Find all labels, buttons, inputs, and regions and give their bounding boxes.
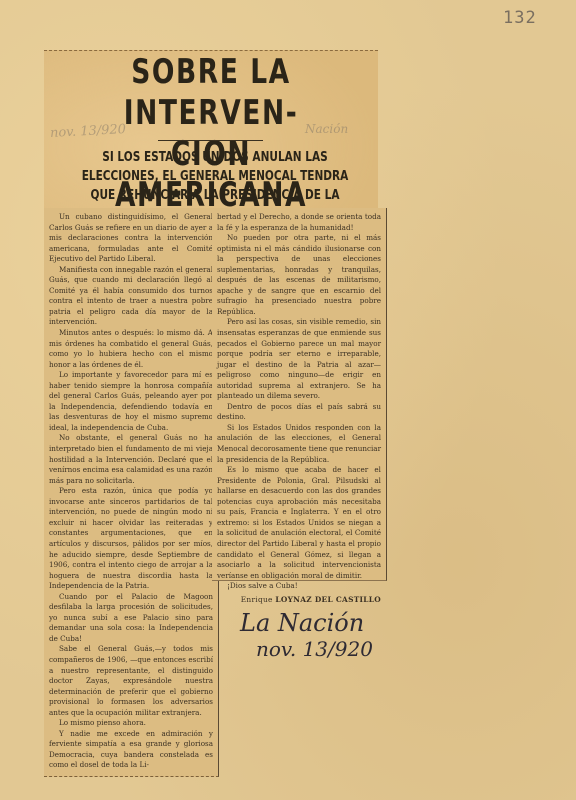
article-column-left: Un cubano distinguidísimo, el General Ca… (44, 208, 219, 777)
paragraph: Manifiesta con innegable razón el genera… (49, 265, 213, 328)
paragraph: Lo importante y favorecedor para mí es h… (49, 370, 213, 433)
handwritten-publication: La Nación (240, 610, 373, 636)
author-signature: Enrique LOYNAZ DEL CASTILLO (217, 595, 381, 606)
paragraph: Minutos antes o después: lo mismo dá. A … (49, 328, 213, 370)
paragraph: Cuando por el Palacio de Magoon desfilab… (49, 592, 213, 645)
pencil-source-annotation: Nación (305, 122, 348, 136)
article-column-right: bertad y el Derecho, a donde se orienta … (212, 208, 387, 581)
paragraph: Es lo mismo que acaba de hacer el Presid… (217, 465, 381, 581)
paragraph: No pueden por otra parte, ni el más opti… (217, 233, 381, 317)
author-first-name: Enrique (241, 595, 273, 604)
paragraph: ¡Dios salve a Cuba! (217, 581, 381, 592)
paragraph: No obstante, el general Guás no ha inter… (49, 433, 213, 486)
headline-divider (158, 140, 263, 141)
paragraph: Pero esta razón, única que podía yo invo… (49, 486, 213, 591)
author-last-name: LOYNAZ DEL CASTILLO (275, 595, 381, 604)
handwritten-source-note: La Nación nov. 13/920 (240, 610, 373, 662)
paragraph: Si los Estados Unidos responden con la a… (217, 423, 381, 465)
paragraph: bertad y el Derecho, a donde se orienta … (217, 212, 381, 233)
paragraph: Un cubano distinguidísimo, el General Ca… (49, 212, 213, 265)
paragraph: Pero así las cosas, sin visible remedio,… (217, 317, 381, 401)
archive-page-number: 132 (503, 8, 537, 28)
paragraph: Sabe el General Guás,—y todos mis compañ… (49, 644, 213, 718)
paragraph: Lo mismo pienso ahora. (49, 718, 213, 729)
paragraph: Dentro de pocos días el país sabrá su de… (217, 402, 381, 423)
paragraph: Y nadie me excede en admiración y fervie… (49, 729, 213, 771)
handwritten-date: nov. 13/920 (256, 636, 373, 662)
